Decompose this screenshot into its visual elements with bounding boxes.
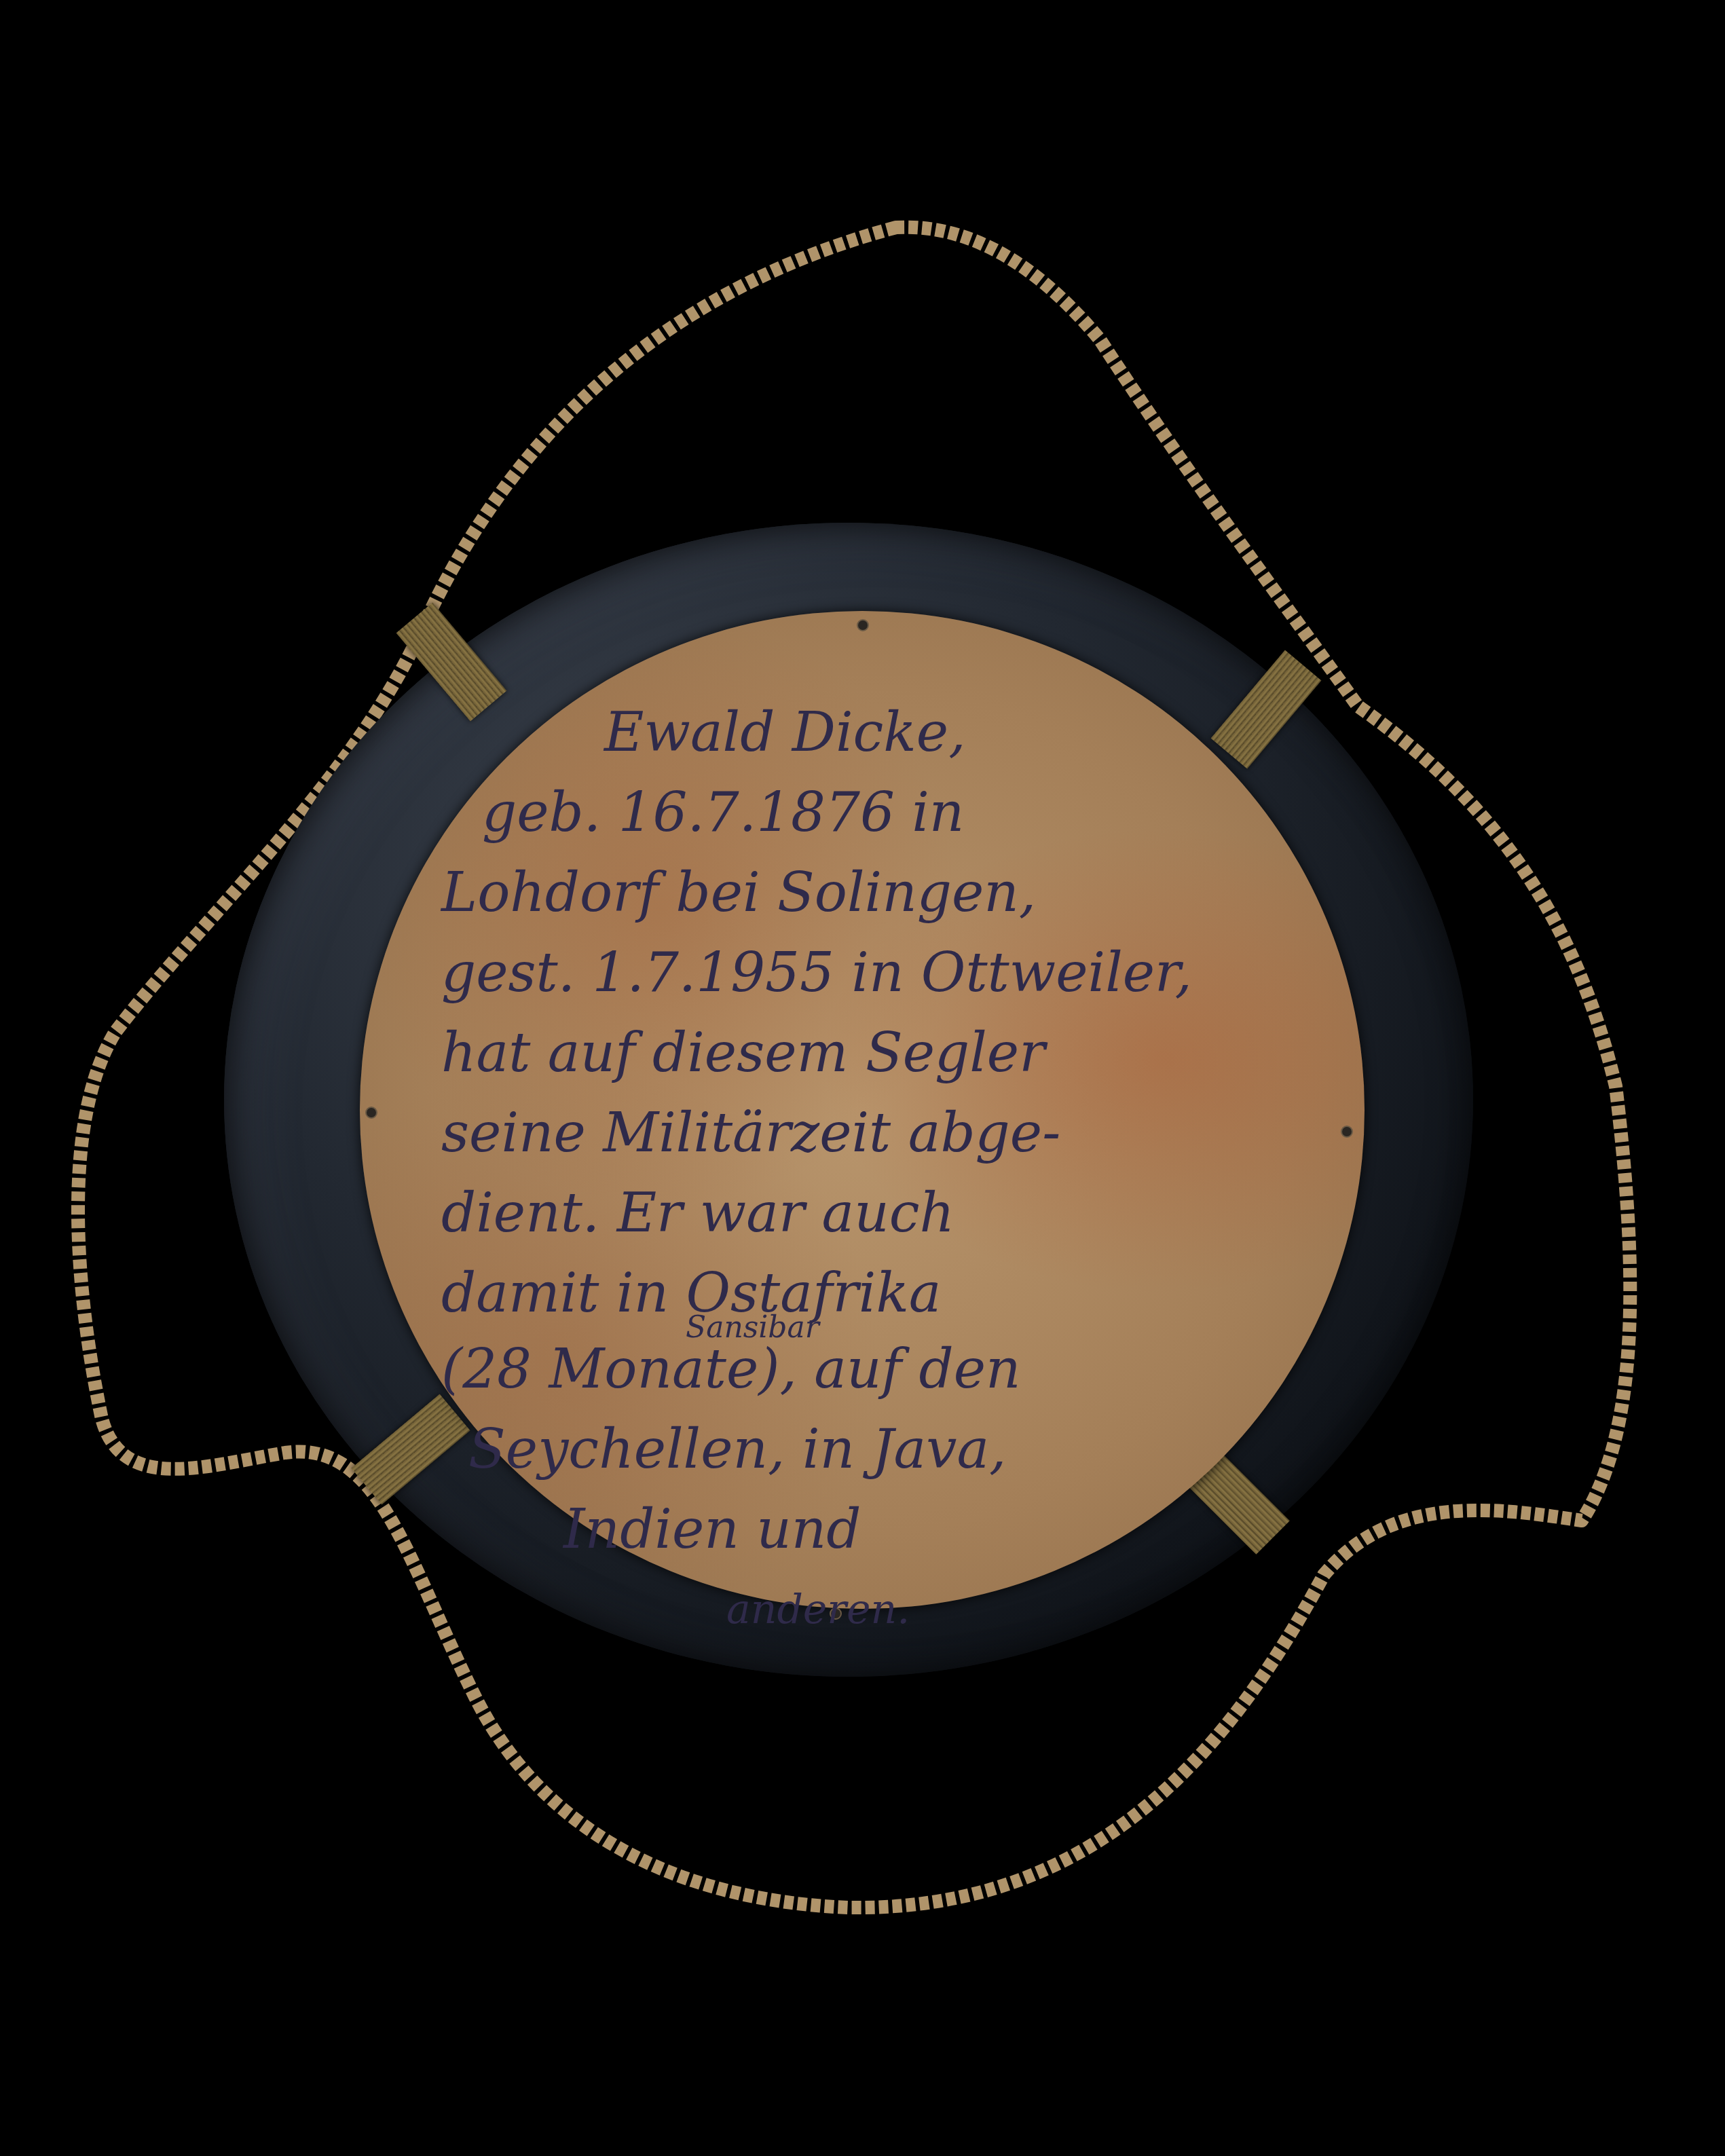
inscription-line: geb. 16.7.1876 in xyxy=(482,773,1324,853)
inscription-line: anderen. xyxy=(726,1569,1324,1650)
inscription-line: hat auf diesem Segler xyxy=(441,1013,1324,1093)
inscription-line: Ewald Dicke, xyxy=(604,692,1324,773)
inscription-line: Indien und xyxy=(563,1489,1324,1569)
tack-right xyxy=(1341,1126,1353,1138)
inscription-line: Lohdorf bei Solingen, xyxy=(441,853,1324,933)
inscription-line: gest. 1.7.1955 in Ottweiler, xyxy=(441,933,1324,1013)
inscription-line: seine Militärzeit abge- xyxy=(441,1093,1324,1173)
handwritten-inscription: Ewald Dicke, geb. 16.7.1876 in Lohdorf b… xyxy=(441,692,1324,1650)
tack-left xyxy=(365,1107,377,1119)
inscription-line: (28 Monate), auf den xyxy=(441,1329,1324,1409)
inscription-line: dient. Er war auch xyxy=(441,1173,1324,1253)
photo-scene: Ewald Dicke, geb. 16.7.1876 in Lohdorf b… xyxy=(0,0,1725,2156)
tack-top xyxy=(857,619,869,631)
inscription-line: Seychellen, in Java, xyxy=(468,1409,1324,1489)
